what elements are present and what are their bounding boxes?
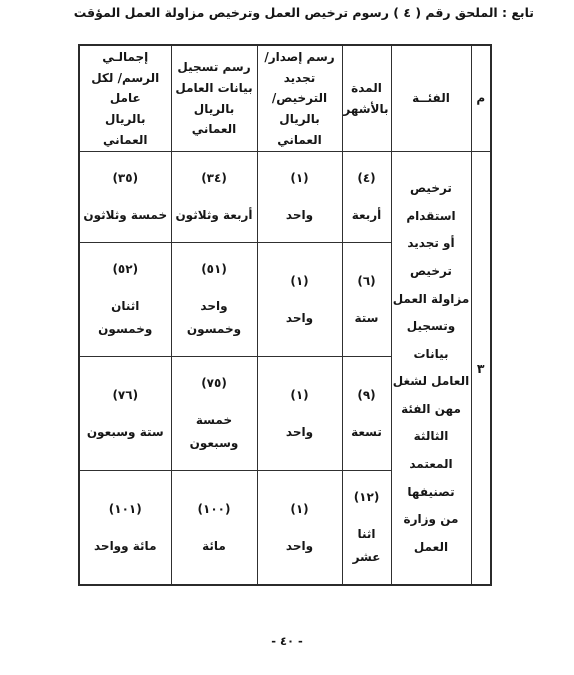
total-fee-cell: (٧٦) ستة وسبعون: [79, 357, 171, 471]
issuance-fee-cell: (١) واحد: [257, 243, 342, 357]
value-number: (٩): [345, 384, 389, 407]
issuance-fee-cell: (١) واحد: [257, 152, 342, 243]
duration-cell: (٤) أربعة: [342, 152, 391, 243]
value-number: (١): [260, 270, 340, 293]
value-number: (١٠٠): [174, 498, 255, 521]
value-words: واحد: [260, 535, 340, 558]
value-number: (١): [260, 167, 340, 190]
document-page: تابع : الملحق رقم ( ٤ ) رسوم ترخيص العمل…: [0, 0, 574, 675]
registration-fee-cell: (١٠٠) مائة: [171, 471, 257, 586]
value-number: (٣٥): [82, 167, 169, 190]
total-fee-cell: (١٠١) مائة وواحد: [79, 471, 171, 586]
value-number: (٧٥): [174, 372, 255, 395]
header-total-fee: إجمالـي الرسم/ لكل عامل بالريال العماني: [79, 45, 171, 152]
header-registration-fee: رسم تسجيل بيانات العامل بالريال العماني: [171, 45, 257, 152]
value-number: (٥٢): [82, 258, 169, 281]
table-header-row: م الفئــة المدة بالأشهر رسم إصدار/ تجديد…: [79, 45, 491, 152]
header-duration: المدة بالأشهر: [342, 45, 391, 152]
value-words: واحد: [260, 421, 340, 444]
value-words: تسعة: [345, 421, 389, 444]
issuance-fee-cell: (١) واحد: [257, 471, 342, 586]
document-title: تابع : الملحق رقم ( ٤ ) رسوم ترخيص العمل…: [74, 5, 534, 20]
value-words: اثنا عشر: [345, 523, 389, 569]
header-category: الفئــة: [391, 45, 471, 152]
value-words: ستة وسبعون: [82, 421, 169, 444]
value-number: (١٠١): [82, 498, 169, 521]
value-words: ستة: [345, 307, 389, 330]
value-number: (٧٦): [82, 384, 169, 407]
registration-fee-cell: (٣٤) أربعة وثلاثون: [171, 152, 257, 243]
fees-table: م الفئــة المدة بالأشهر رسم إصدار/ تجديد…: [78, 44, 492, 586]
value-words: واحد: [260, 204, 340, 227]
value-number: (٤): [345, 167, 389, 190]
value-words: أربعة وثلاثون: [174, 204, 255, 227]
header-issuance-fee: رسم إصدار/ تجديد الترخيص/ بالريال العمان…: [257, 45, 342, 152]
duration-cell: (١٢) اثنا عشر: [342, 471, 391, 586]
value-words: واحد وخمسون: [174, 295, 255, 341]
registration-fee-cell: (٥١) واحد وخمسون: [171, 243, 257, 357]
value-words: خمسة وثلاثون: [82, 204, 169, 227]
issuance-fee-cell: (١) واحد: [257, 357, 342, 471]
registration-fee-cell: (٧٥) خمسة وسبعون: [171, 357, 257, 471]
value-number: (٣٤): [174, 167, 255, 190]
duration-cell: (٩) تسعة: [342, 357, 391, 471]
serial-value: ٣: [471, 152, 491, 586]
value-number: (١): [260, 498, 340, 521]
value-words: مائة: [174, 535, 255, 558]
value-words: مائة وواحد: [82, 535, 169, 558]
value-words: خمسة وسبعون: [174, 409, 255, 455]
table-row: ٣ ترخيص استقدام أو تجديد ترخيص مزاولة ال…: [79, 152, 491, 243]
duration-cell: (٦) ستة: [342, 243, 391, 357]
total-fee-cell: (٣٥) خمسة وثلاثون: [79, 152, 171, 243]
value-number: (٦): [345, 270, 389, 293]
value-number: (١٢): [345, 486, 389, 509]
value-words: أربعة: [345, 204, 389, 227]
value-number: (٥١): [174, 258, 255, 281]
value-number: (١): [260, 384, 340, 407]
category-cell: ترخيص استقدام أو تجديد ترخيص مزاولة العم…: [391, 152, 471, 586]
value-words: واحد: [260, 307, 340, 330]
page-number: - ٤٠ -: [0, 634, 574, 648]
header-serial: م: [471, 45, 491, 152]
total-fee-cell: (٥٢) اثنان وخمسون: [79, 243, 171, 357]
value-words: اثنان وخمسون: [82, 295, 169, 341]
